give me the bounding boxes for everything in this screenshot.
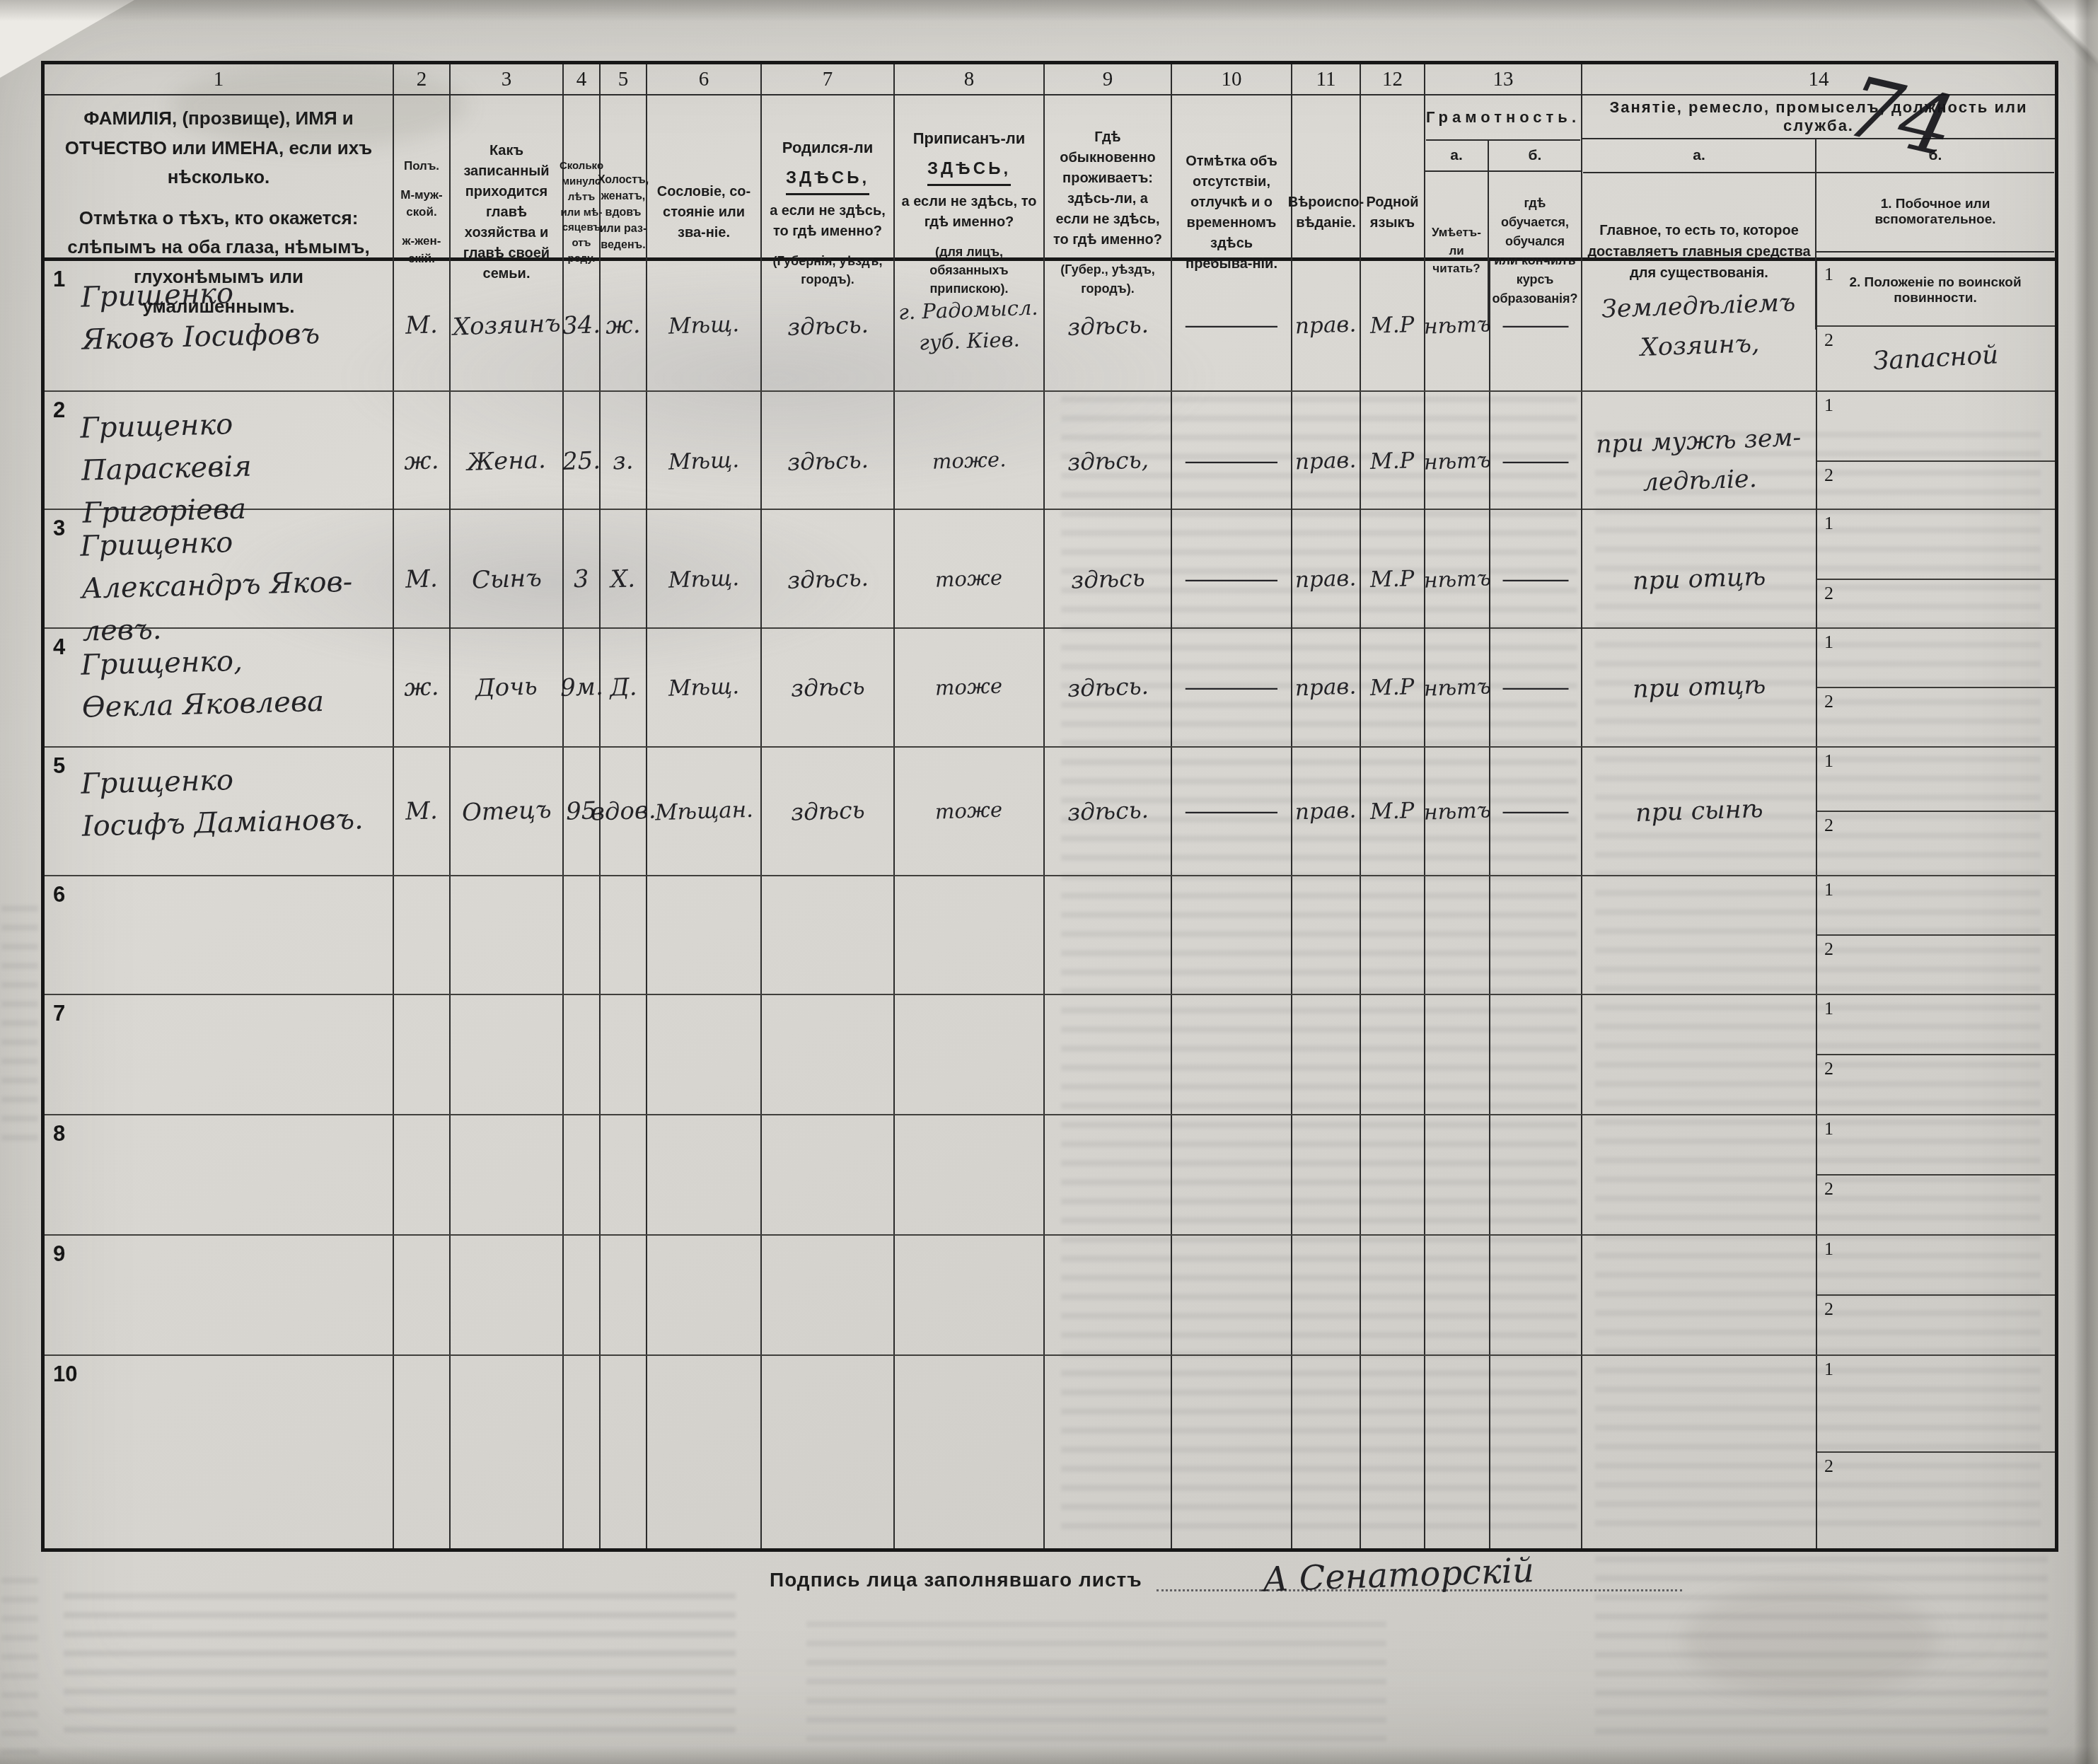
subrow-label: 1	[1824, 395, 1833, 416]
bleedthrough-text	[1, 905, 38, 1146]
language-cell-value: М.Р	[1369, 308, 1415, 343]
name-cell: 3Грищенко Александръ Яков- левъ.	[45, 510, 394, 649]
sex-cell	[394, 995, 451, 1114]
age-cell	[564, 876, 601, 994]
page-edge-shadow-top	[0, 0, 2098, 21]
marital-cell	[601, 995, 647, 1114]
registration-cell	[895, 876, 1045, 994]
registration-cell-value: тоже	[935, 671, 1004, 704]
religion-cell-value: прав.	[1295, 443, 1357, 478]
table-header-row: ФАМИЛІЯ, (прозвище), ИМЯ и ОТЧЕСТВО или …	[45, 94, 2055, 261]
occupation-main-cell	[1582, 1115, 1817, 1234]
marital-cell: вдов.	[601, 748, 647, 875]
subrow-label: 2	[1824, 691, 1833, 712]
absence-cell-value: —	[1181, 794, 1282, 830]
religion-cell-value: прав.	[1295, 562, 1357, 596]
estate-cell	[647, 1236, 762, 1354]
person-row-3: 3Грищенко Александръ Яков- левъ.М.Сынъ3Х…	[45, 509, 2055, 627]
absence-cell	[1172, 1356, 1292, 1548]
language-cell: М.Р	[1361, 510, 1425, 649]
name-cell: 10	[45, 1356, 394, 1548]
literacy-cell: нѣтъ	[1425, 510, 1490, 649]
census-table: 1234567891011121314 ФАМИЛІЯ, (прозвище),…	[41, 61, 2058, 1552]
subrow-label: 1	[1824, 750, 1833, 772]
occupation-main-cell: Земледѣліемъ Хозяинъ,	[1582, 261, 1817, 390]
column-number-11: 11	[1292, 64, 1361, 94]
language-cell: М.Р	[1361, 261, 1425, 390]
relation-cell-value: Сынъ	[471, 560, 542, 598]
residence-cell-value: здѣсь	[1070, 560, 1145, 598]
subrow-label: 1	[1824, 1238, 1833, 1260]
language-cell-value: М.Р	[1369, 444, 1415, 479]
subrow-label: 1	[1824, 632, 1833, 653]
occupation-side-cell: 12	[1817, 1115, 2055, 1234]
estate-cell: Мѣщ.	[647, 510, 762, 649]
name-cell: 9	[45, 1236, 394, 1354]
subrow-label: 2	[1824, 939, 1833, 960]
occupation-main-cell	[1582, 876, 1817, 994]
estate-cell-value: Мѣщ.	[668, 670, 740, 705]
literacy-cell-value: нѣтъ	[1423, 562, 1491, 596]
relation-cell: Дочь	[451, 629, 564, 746]
relation-cell-value: Хозяинъ	[452, 306, 561, 345]
relation-cell-value: Жена.	[466, 442, 547, 481]
occupation-main-cell: при сынѣ	[1582, 748, 1817, 875]
language-cell	[1361, 1236, 1425, 1354]
religion-cell	[1292, 1356, 1361, 1548]
side-occupation-subcell: 1	[1817, 876, 2055, 934]
literacy-cell-value: нѣтъ	[1423, 794, 1491, 828]
person-name: Грищенко, Ѳекла Яковлева	[81, 636, 394, 729]
literacy-cell	[1425, 876, 1490, 994]
literacy-cell: нѣтъ	[1425, 261, 1490, 390]
education-cell	[1490, 876, 1582, 994]
birthplace-cell: здѣсь	[762, 629, 895, 746]
relation-cell: Отецъ	[451, 748, 564, 875]
header-name-line1: ФАМИЛІЯ, (прозвище), ИМЯ и ОТЧЕСТВО или …	[60, 104, 377, 192]
name-cell: 7	[45, 995, 394, 1114]
registration-cell: тоже	[895, 510, 1045, 649]
header-occupation-title: Занятіе, ремесло, промыселъ, должность и…	[1582, 95, 2055, 139]
header-registered-here: ЗДѢСЬ,	[927, 157, 1011, 186]
absence-cell: —	[1172, 748, 1292, 875]
estate-cell-value: Мѣщ.	[668, 308, 740, 344]
person-name: Грищенко Іосифъ Даміановъ.	[81, 755, 394, 847]
column-number-3: 3	[451, 64, 564, 94]
person-row-2: 2Грищенко Параскевія Григоріеваж.Жена.25…	[45, 390, 2055, 509]
sex-cell	[394, 1236, 451, 1354]
occupation-side-cell: 12	[1817, 1236, 2055, 1354]
religion-cell-value: прав.	[1295, 670, 1357, 704]
military-status-subcell: 2	[1817, 811, 2055, 875]
residence-cell	[1045, 1115, 1172, 1234]
occupation-main-cell: при отцѣ	[1582, 629, 1817, 746]
signature-row: Подпись лица заполнявшаго листъ А Сенато…	[770, 1562, 1682, 1591]
occupation-side-cell: 12	[1817, 629, 2055, 746]
language-cell	[1361, 876, 1425, 994]
birthplace-cell	[762, 1115, 895, 1234]
row-number: 5	[53, 753, 65, 779]
marital-cell-value: з.	[612, 443, 634, 480]
religion-cell: прав.	[1292, 261, 1361, 390]
page-edge-shadow-right	[2074, 0, 2098, 1764]
side-occupation-subcell: 1	[1817, 261, 2055, 325]
bleedthrough-text	[1, 1577, 38, 1754]
estate-cell	[647, 1356, 762, 1548]
registration-cell-value: г. Радомысл. губ. Кіев.	[898, 293, 1040, 359]
language-cell-value: М.Р	[1369, 562, 1415, 597]
literacy-cell-value: нѣтъ	[1423, 308, 1491, 342]
person-row-9: 912	[45, 1234, 2055, 1354]
education-cell: —	[1490, 261, 1582, 390]
row-number: 1	[53, 267, 65, 292]
column-number-13: 13	[1425, 64, 1582, 94]
birthplace-cell-value: здѣсь.	[787, 307, 869, 344]
residence-cell: здѣсь.	[1045, 748, 1172, 875]
sex-cell	[394, 1356, 451, 1548]
header-sex-title: Полъ.	[404, 158, 439, 175]
military-status-subcell: 2	[1817, 1054, 2055, 1114]
occupation-main-cell	[1582, 995, 1817, 1114]
row-number: 8	[53, 1121, 65, 1147]
side-occupation-subcell: 1	[1817, 1236, 2055, 1294]
side-occupation-subcell: 1	[1817, 1356, 2055, 1451]
birthplace-cell-value: здѣсь	[790, 792, 865, 830]
header-born-here: ЗДѢСЬ,	[786, 166, 869, 195]
age-cell-value: 25.	[562, 443, 601, 480]
age-cell-value: 9м.	[560, 668, 603, 706]
military-status-value: Запасной	[1872, 341, 1999, 376]
sex-cell-value: М.	[405, 561, 438, 598]
language-cell-value: М.Р	[1369, 794, 1415, 829]
language-cell	[1361, 1115, 1425, 1234]
estate-cell-value: Мѣщ.	[668, 443, 740, 479]
absence-cell	[1172, 876, 1292, 994]
subrow-label: 2	[1824, 1299, 1833, 1320]
sex-cell	[394, 1115, 451, 1234]
estate-cell: Мѣщ.	[647, 629, 762, 746]
estate-cell	[647, 1115, 762, 1234]
birthplace-cell: здѣсь	[762, 748, 895, 875]
literacy-cell-value: нѣтъ	[1423, 671, 1491, 704]
literacy-cell: нѣтъ	[1425, 748, 1490, 875]
residence-cell	[1045, 876, 1172, 994]
occupation-main-cell	[1582, 1356, 1817, 1548]
education-cell: —	[1490, 629, 1582, 746]
age-cell-value: 34.	[562, 307, 601, 344]
relation-cell-value: Дочь	[475, 668, 538, 707]
header-occupation-b1: 1. Побочное или вспомогательное.	[1816, 173, 2054, 253]
sex-cell: ж.	[394, 629, 451, 746]
sex-cell-value: ж.	[403, 669, 439, 707]
residence-cell	[1045, 995, 1172, 1114]
filler-signature: А Сенаторскій	[1262, 1550, 1535, 1599]
name-cell: 8	[45, 1115, 394, 1234]
absence-cell	[1172, 1115, 1292, 1234]
religion-cell	[1292, 995, 1361, 1114]
relation-cell	[451, 876, 564, 994]
sex-cell: М.	[394, 748, 451, 875]
literacy-cell	[1425, 1356, 1490, 1548]
birthplace-cell: здѣсь.	[762, 261, 895, 390]
occupation-side-cell: 12	[1817, 1356, 2055, 1548]
person-row-1: 1Грищенко Яковъ ІосифовъМ.Хозяинъ34.ж.Мѣ…	[45, 261, 2055, 390]
column-number-8: 8	[895, 64, 1045, 94]
absence-cell: —	[1172, 629, 1292, 746]
occupation-main-cell	[1582, 1236, 1817, 1354]
marital-cell	[601, 876, 647, 994]
birthplace-cell	[762, 995, 895, 1114]
marital-cell-value: вдов.	[590, 792, 656, 830]
name-cell: 5Грищенко Іосифъ Даміановъ.	[45, 748, 394, 875]
signature-dotted-line: А Сенаторскій	[1157, 1562, 1682, 1591]
language-cell-value: М.Р	[1369, 671, 1415, 705]
military-status-subcell: 2	[1817, 1294, 2055, 1354]
person-row-4: 4Грищенко, Ѳекла Яковлеваж.Дочь9м.Д.Мѣщ.…	[45, 627, 2055, 746]
marital-cell: ж.	[601, 261, 647, 390]
sex-cell: М.	[394, 261, 451, 390]
religion-cell: прав.	[1292, 748, 1361, 875]
education-cell-value: —	[1500, 308, 1572, 344]
occupation-main-cell-value: при сынѣ	[1635, 789, 1764, 833]
person-name: Грищенко Яковъ Іосифовъ	[81, 268, 394, 361]
header-occupation-a-label: а.	[1583, 139, 1816, 173]
absence-cell	[1172, 995, 1292, 1114]
name-cell: 1Грищенко Яковъ Іосифовъ	[45, 261, 394, 390]
language-cell	[1361, 995, 1425, 1114]
religion-cell	[1292, 1236, 1361, 1354]
education-cell-value: —	[1500, 670, 1572, 706]
column-number-10: 10	[1172, 64, 1292, 94]
subrow-label: 1	[1824, 264, 1833, 285]
absence-cell-value: —	[1181, 670, 1282, 706]
header-literacy-b-label: б.	[1489, 141, 1581, 172]
relation-cell-value: Отецъ	[461, 791, 552, 830]
subrow-label: 1	[1824, 879, 1833, 900]
header-literacy-title: Грамотность.	[1426, 95, 1580, 141]
relation-cell	[451, 1356, 564, 1548]
subrow-label: 2	[1824, 1178, 1833, 1200]
education-cell	[1490, 995, 1582, 1114]
header-literacy-a-label: а.	[1425, 141, 1489, 172]
military-status-subcell: 2	[1817, 1451, 2055, 1548]
registration-cell	[895, 995, 1045, 1114]
person-name	[81, 1122, 393, 1131]
header-registered-pre: Приписанъ-ли	[913, 127, 1025, 150]
literacy-cell	[1425, 1236, 1490, 1354]
marital-cell-value: ж.	[605, 307, 641, 344]
row-number: 4	[53, 634, 65, 660]
marital-cell	[601, 1115, 647, 1234]
person-name	[81, 1363, 393, 1371]
occupation-main-cell-value: при мужѣ зем- ледѣліе.	[1595, 418, 1803, 504]
absence-cell-value: —	[1181, 308, 1282, 344]
table-body: 1Грищенко Яковъ ІосифовъМ.Хозяинъ34.ж.Мѣ…	[45, 261, 2055, 1548]
occupation-side-cell: 12	[1817, 995, 2055, 1114]
row-number: 9	[53, 1241, 65, 1267]
religion-cell: прав.	[1292, 510, 1361, 649]
age-cell	[564, 1356, 601, 1548]
subrow-label: 2	[1824, 1456, 1833, 1477]
bleedthrough-text	[64, 1593, 736, 1745]
column-number-4: 4	[564, 64, 601, 94]
marital-cell	[601, 1236, 647, 1354]
occupation-main-cell: при отцѣ	[1582, 510, 1817, 649]
page-edge-shadow-bottom	[0, 1746, 2098, 1764]
column-number-6: 6	[647, 64, 762, 94]
person-row-10: 1012	[45, 1354, 2055, 1548]
military-status-subcell: 2	[1817, 934, 2055, 994]
education-cell-value: —	[1500, 794, 1572, 830]
person-row-7: 712	[45, 994, 2055, 1114]
person-row-8: 812	[45, 1114, 2055, 1234]
subrow-label: 1	[1824, 1359, 1833, 1380]
residence-cell: здѣсь	[1045, 510, 1172, 649]
residence-cell-value: здѣсь,	[1067, 442, 1149, 480]
registration-cell: тоже	[895, 748, 1045, 875]
birthplace-cell-value: здѣсь.	[787, 560, 869, 598]
column-number-9: 9	[1045, 64, 1172, 94]
sex-cell	[394, 876, 451, 994]
sex-cell-value: М.	[405, 307, 438, 344]
military-status-subcell: 2	[1817, 687, 2055, 746]
registration-cell-value: тоже	[935, 563, 1004, 596]
registration-cell: г. Радомысл. губ. Кіев.	[895, 261, 1045, 390]
occupation-side-cell: 12	[1817, 510, 2055, 649]
absence-cell-value: —	[1181, 562, 1282, 598]
military-status-subcell: 2	[1817, 1174, 2055, 1234]
row-number: 7	[53, 1001, 65, 1026]
occupation-side-cell: 12Запасной	[1817, 261, 2055, 390]
registration-cell-value: тоже	[935, 795, 1004, 828]
occupation-main-cell-value: Земледѣліемъ Хозяинъ,	[1601, 283, 1797, 369]
subrow-label: 2	[1824, 815, 1833, 836]
signature-label: Подпись лица заполнявшаго листъ	[770, 1569, 1142, 1591]
literacy-cell-value: нѣтъ	[1423, 444, 1491, 478]
occupation-side-cell: 12	[1817, 876, 2055, 994]
column-number-5: 5	[601, 64, 647, 94]
estate-cell: Мѣщан.	[647, 748, 762, 875]
side-occupation-subcell: 1	[1817, 995, 2055, 1054]
literacy-cell	[1425, 1115, 1490, 1234]
relation-cell: Хозяинъ	[451, 261, 564, 390]
relation-cell	[451, 1115, 564, 1234]
side-occupation-subcell: 1	[1817, 748, 2055, 811]
subrow-label: 1	[1824, 1118, 1833, 1139]
person-name	[81, 1243, 393, 1251]
name-cell: 4Грищенко, Ѳекла Яковлева	[45, 629, 394, 746]
residence-cell: здѣсь.	[1045, 629, 1172, 746]
registration-cell-value: тоже.	[932, 444, 1007, 477]
occupation-side-cell: 12	[1817, 748, 2055, 875]
header-sex-male: М-муж- ской.	[400, 187, 443, 221]
person-row-6: 612	[45, 875, 2055, 994]
registration-cell	[895, 1115, 1045, 1234]
relation-cell	[451, 1236, 564, 1354]
relation-cell: Сынъ	[451, 510, 564, 649]
row-number: 2	[53, 398, 65, 423]
age-cell: 9м.	[564, 629, 601, 746]
absence-cell: —	[1172, 510, 1292, 649]
language-cell	[1361, 1356, 1425, 1548]
side-occupation-subcell: 1	[1817, 392, 2055, 460]
language-cell: М.Р	[1361, 748, 1425, 875]
education-cell	[1490, 1356, 1582, 1548]
person-name	[81, 883, 393, 892]
estate-cell-value: Мѣщан.	[654, 793, 753, 829]
religion-cell-value: прав.	[1295, 794, 1357, 828]
registration-cell: тоже	[895, 629, 1045, 746]
age-cell	[564, 1115, 601, 1234]
header-residence-main: Гдѣ обыкновенно проживаетъ: здѣсь-ли, а …	[1049, 127, 1166, 250]
side-occupation-subcell: 1	[1817, 510, 2055, 579]
literacy-cell	[1425, 995, 1490, 1114]
person-name	[81, 1002, 393, 1011]
person-row-5: 5Грищенко Іосифъ Даміановъ.М.Отецъ95вдов…	[45, 746, 2055, 875]
marital-cell	[601, 1356, 647, 1548]
column-number-2: 2	[394, 64, 451, 94]
sex-cell-value: ж.	[403, 443, 439, 480]
absence-cell: —	[1172, 261, 1292, 390]
religion-cell-value: прав.	[1295, 308, 1357, 343]
age-cell	[564, 995, 601, 1114]
scanned-census-sheet: 74 1234567891011121314 ФАМИЛІЯ, (прозвищ…	[0, 0, 2098, 1764]
sex-cell-value: М.	[405, 793, 438, 830]
header-born-rest: а если не здѣсь, то гдѣ именно?	[766, 201, 889, 242]
estate-cell	[647, 876, 762, 994]
religion-cell: прав.	[1292, 629, 1361, 746]
side-occupation-subcell: 1	[1817, 1115, 2055, 1174]
age-cell: 3	[564, 510, 601, 649]
birthplace-cell-value: здѣсь.	[787, 442, 869, 480]
religion-cell	[1292, 876, 1361, 994]
residence-cell	[1045, 1236, 1172, 1354]
age-cell: 34.	[564, 261, 601, 390]
residence-cell-value: здѣсь.	[1067, 668, 1149, 706]
age-cell-value: 3	[573, 561, 589, 598]
subrow-label: 2	[1824, 583, 1833, 604]
column-number-14: 14	[1582, 64, 2055, 94]
birthplace-cell	[762, 876, 895, 994]
row-number: 3	[53, 516, 65, 541]
estate-cell-value: Мѣщ.	[668, 562, 740, 597]
language-cell: М.Р	[1361, 629, 1425, 746]
education-cell	[1490, 1115, 1582, 1234]
birthplace-cell-value: здѣсь	[790, 668, 865, 706]
sex-cell: М.	[394, 510, 451, 649]
header-born-pre: Родился-ли	[782, 137, 873, 159]
birthplace-cell	[762, 1236, 895, 1354]
marital-cell: Х.	[601, 510, 647, 649]
row-number: 10	[53, 1362, 77, 1387]
bleedthrough-text	[806, 1621, 1386, 1741]
column-number-12: 12	[1361, 64, 1425, 94]
residence-cell-value: здѣсь.	[1067, 792, 1149, 830]
marital-cell-value: Д.	[609, 669, 637, 706]
age-cell	[564, 1236, 601, 1354]
name-cell: 6	[45, 876, 394, 994]
education-cell-value: —	[1500, 562, 1572, 598]
estate-cell: Мѣщ.	[647, 261, 762, 390]
literacy-cell: нѣтъ	[1425, 629, 1490, 746]
column-number-1: 1	[45, 64, 394, 94]
marital-cell-value: Х.	[610, 561, 637, 598]
education-cell: —	[1490, 510, 1582, 649]
absence-cell	[1172, 1236, 1292, 1354]
education-cell	[1490, 1236, 1582, 1354]
relation-cell	[451, 995, 564, 1114]
registration-cell	[895, 1236, 1045, 1354]
